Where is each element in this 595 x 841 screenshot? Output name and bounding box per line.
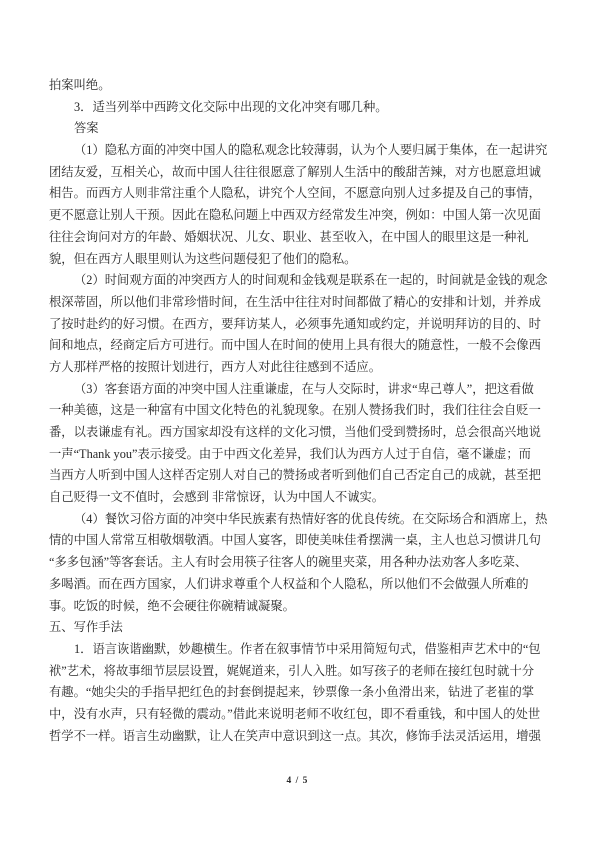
text-line: 往往会询问对方的年龄、婚姻状况、儿女、职业、甚至收入，在中国人的眼里这是一种礼 [49,227,541,249]
text-line: （2）时间观方面的冲突西方人的时间观和金钱观是联系在一起的，时间就是金钱的观念 [49,270,541,292]
text-line: 根深蒂固，所以他们非常珍惜时间，在生活中往往对时间都做了精心的安排和计划，并养成 [49,292,541,314]
text-line: 袱”艺术，将故事细节层层设置，娓娓道来，引人入胜。如写孩子的老师在接红包时就十分 [49,661,541,683]
text-line: 有趣。“她尖尖的手指早把红色的封套倒提起来，钞票像一条小鱼滑出来，钻进了老崔的掌 [49,682,541,704]
text-line: 五、写作手法 [49,617,541,639]
text-line: 中，没有水声，只有轻微的震动。”借此来说明老师不收红包，即不看重钱，和中国人的处… [49,704,541,726]
text-line: 番，以表谦虚有礼。西方国家却没有这样的文化习惯，当他们受到赞扬时，总会很高兴地说 [49,422,541,444]
text-line: 更不愿意让别人干预。因此在隐私问题上中西双方经常发生冲突，例如：中国人第一次见面 [49,205,541,227]
text-line: 拍案叫绝。 [49,75,541,97]
text-line: “多多包涵”等客套话。主人有时会用筷子往客人的碗里夹菜，用各种办法劝客人多吃菜、 [49,552,541,574]
text-line: （4）餐饮习俗方面的冲突中华民族素有热情好客的优良传统。在交际场合和酒席上，热 [49,509,541,531]
text-line: 自己贬得一文不值时，会感到 非常惊讶，认为中国人不诚实。 [49,487,541,509]
page-number: 4 / 5 [287,776,309,786]
page-footer: 4 / 5 [0,770,595,788]
text-line: 3．适当列举中西跨文化交际中出现的文化冲突有哪几种。 [49,97,541,119]
text-line: 间和地点，经商定后方可进行。而中国人在时间的使用上具有很大的随意性，一般不会像西 [49,335,541,357]
text-line: （1）隐私方面的冲突中国人的隐私观念比较薄弱，认为个人要归属于集体，在一起讲究 [49,140,541,162]
text-line: 团结友爱，互相关心，故而中国人往往很愿意了解别人生活中的酸甜苦辣，对方也愿意坦诚 [49,162,541,184]
text-line: 相告。而西方人则非常注重个人隐私，讲究个人空间，不愿意向别人过多提及自己的事情， [49,183,541,205]
text-line: 一声“Thank you”表示接受。由于中西文化差异，我们认为西方人过于自信，毫… [49,444,541,466]
text-line: 当西方人听到中国人这样否定别人对自己的赞扬或者听到他们自己否定自己的成就，甚至把 [49,465,541,487]
document-page: 拍案叫绝。3．适当列举中西跨文化交际中出现的文化冲突有哪几种。答案（1）隐私方面… [0,0,595,841]
text-line: 情的中国人常常互相敬烟敬酒。中国人宴客，即使美味佳肴摆满一桌，主人也总习惯讲几句 [49,530,541,552]
text-line: 一种美德，这是一种富有中国文化特色的礼貌现象。在别人赞扬我们时，我们往往会自贬一 [49,400,541,422]
text-line: 貌，但在西方人眼里则认为这些问题侵犯了他们的隐私。 [49,249,541,271]
text-line: 事。吃饭的时候，绝不会硬往你碗精诚凝聚。 [49,596,541,618]
text-line: 多喝酒。而在西方国家，人们讲求尊重个人权益和个人隐私，所以他们不会做强人所难的 [49,574,541,596]
text-line: 答案 [49,118,541,140]
text-line: 1．语言诙谐幽默，妙趣横生。作者在叙事情节中采用简短句式，借鉴相声艺术中的“包 [49,639,541,661]
text-line: 了按时赴约的好习惯。在西方，要拜访某人，必须事先通知或约定，并说明拜访的目的、时 [49,314,541,336]
document-body: 拍案叫绝。3．适当列举中西跨文化交际中出现的文化冲突有哪几种。答案（1）隐私方面… [49,75,541,747]
text-line: 方人那样严格的按照计划进行，西方人对此往往感到不适应。 [49,357,541,379]
text-line: （3）客套语方面的冲突中国人注重谦虚，在与人交际时，讲求“卑己尊人”，把这看做 [49,379,541,401]
text-line: 哲学不一样。语言生动幽默，让人在笑声中意识到这一点。其次，修饰手法灵活运用，增强 [49,726,541,748]
